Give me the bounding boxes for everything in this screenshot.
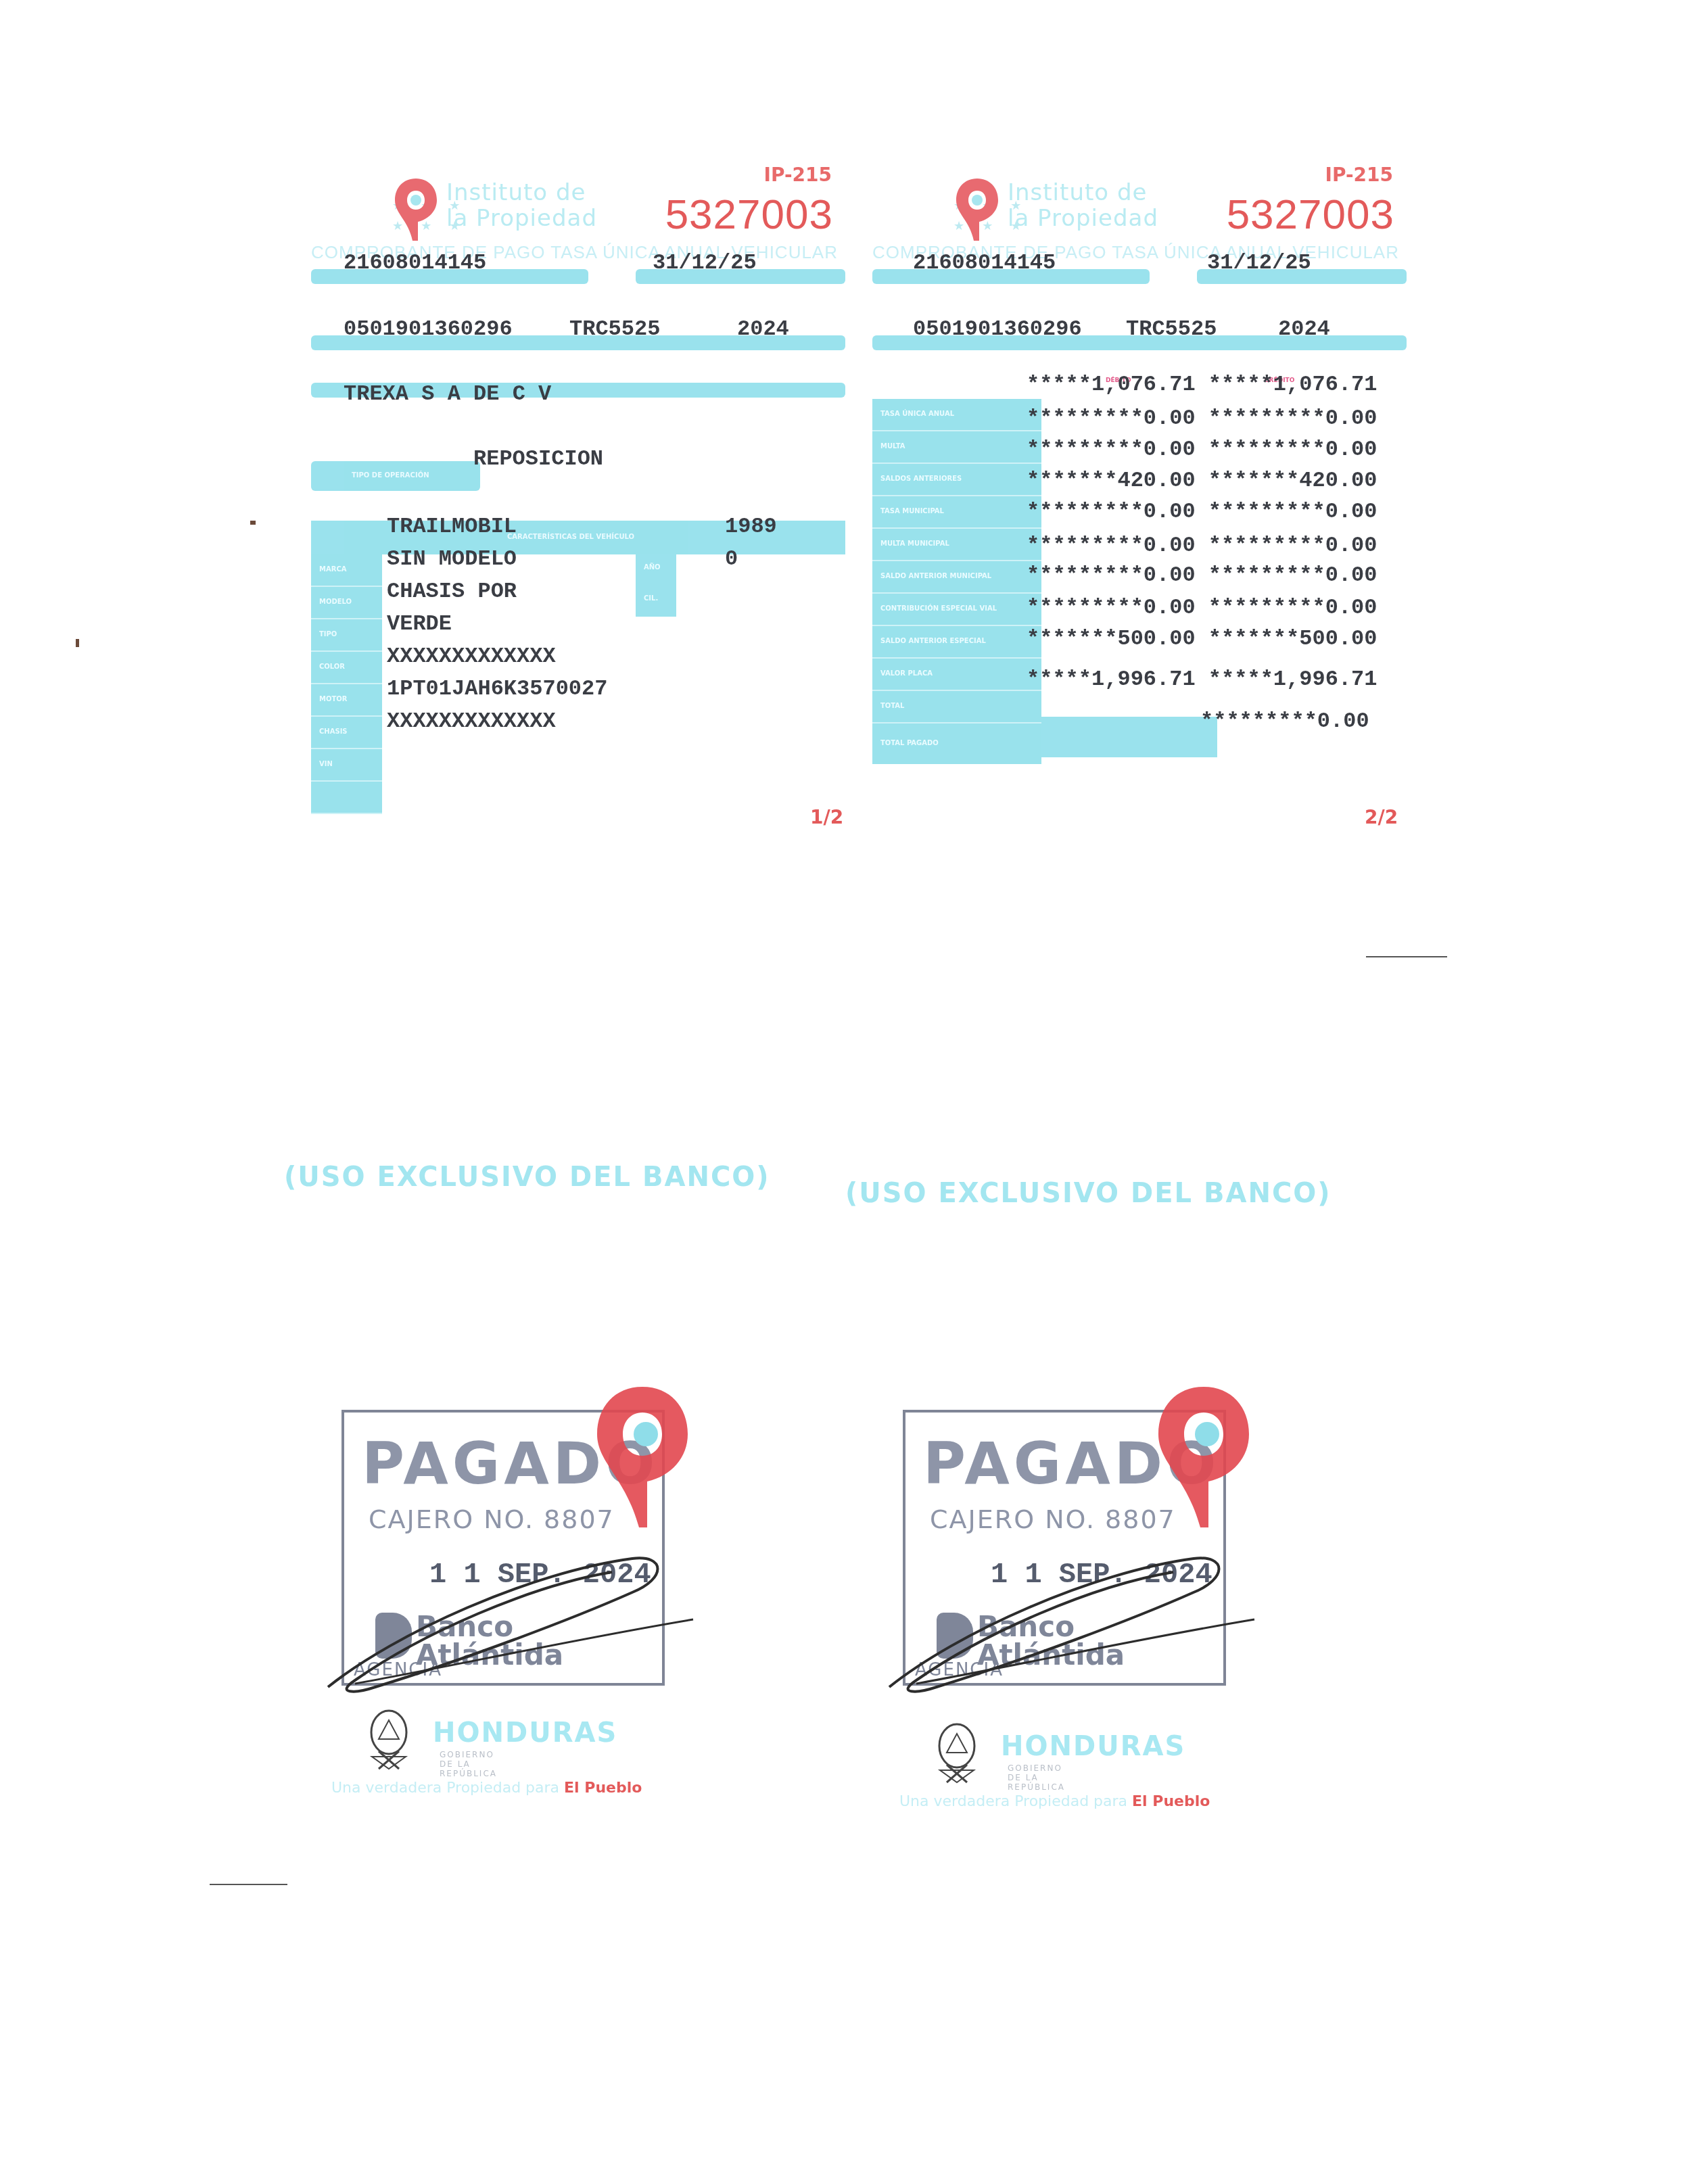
bank-use-title-2: (USO EXCLUSIVO DEL BANCO) xyxy=(845,1178,1332,1209)
government-label: GOBIERNO DE LA REPÚBLICA xyxy=(440,1750,497,1778)
vehicle-field-label: MODELO xyxy=(311,587,382,619)
scan-speck xyxy=(76,639,79,647)
slogan: Una verdadera Propiedad para El Pueblo xyxy=(899,1793,1210,1810)
issuer-name-line2: la Propiedad xyxy=(446,206,597,231)
charge-label: VALOR PLACA xyxy=(872,659,1041,691)
plate-number: TRC5525 xyxy=(1126,316,1217,341)
signature xyxy=(314,1532,720,1707)
charge-amount-row: *********0.00 *********0.00 xyxy=(1027,406,1377,431)
cc-label: CIL. xyxy=(644,595,658,602)
vehicle-field-value: 1PT01JAH6K3570027 xyxy=(387,676,607,701)
location-pin-logo-icon xyxy=(953,176,1001,243)
vehicle-field-label: VIN xyxy=(311,749,382,782)
stamp-cashier: CAJERO NO. 8807 xyxy=(369,1504,615,1534)
receipt-number: 21608014145 xyxy=(344,250,486,275)
vehicle-field-label: CHASIS xyxy=(311,717,382,749)
location-pin-logo-icon xyxy=(592,1383,693,1532)
vehicle-field-value: SIN MODELO xyxy=(387,546,517,571)
form-code: IP-215 xyxy=(763,164,832,186)
vehicle-field-value: CHASIS POR xyxy=(387,579,517,604)
plate-number: TRC5525 xyxy=(569,316,660,341)
owner-id: 0501901360296 xyxy=(344,316,513,341)
location-pin-logo-icon xyxy=(1153,1383,1254,1532)
operation-type: REPOSICION xyxy=(473,446,603,471)
coat-of-arms-icon xyxy=(358,1704,419,1772)
country-name: HONDURAS xyxy=(433,1717,617,1749)
vehicle-field-label: MARCA xyxy=(311,554,382,587)
serial-number: 5327003 xyxy=(665,191,833,239)
issuer-name: Instituto de la Propiedad xyxy=(446,180,597,231)
charge-label: SALDO ANTERIOR MUNICIPAL xyxy=(872,561,1041,594)
charge-amount-row: *********0.00 *********0.00 xyxy=(1027,533,1377,558)
slogan-prefix: Una verdadera Propiedad para xyxy=(331,1780,564,1797)
charge-label: CONTRIBUCIÓN ESPECIAL VIAL xyxy=(872,594,1041,626)
signature xyxy=(876,1532,1281,1707)
vehicle-field-label xyxy=(311,782,382,814)
total-paid-label: TOTAL PAGADO xyxy=(872,723,1041,764)
scan-speck xyxy=(250,521,256,525)
fiscal-year: 2024 xyxy=(737,316,789,341)
vehicle-field-value: XXXXXXXXXXXXX xyxy=(387,644,556,669)
total-paid-value: *********0.00 xyxy=(1200,709,1369,734)
receipt-number: 21608014145 xyxy=(913,250,1056,275)
year-label: AÑO xyxy=(644,564,661,571)
vehicle-field-value: VERDE xyxy=(387,611,452,636)
due-date: 31/12/25 xyxy=(653,250,757,275)
vehicle-field-value: TRAILMOBIL xyxy=(387,514,517,539)
charge-label: SALDOS ANTERIORES xyxy=(872,464,1041,496)
charge-label: TASA MUNICIPAL xyxy=(872,496,1041,529)
stamp-cashier: CAJERO NO. 8807 xyxy=(930,1504,1176,1534)
slogan-emphasis: El Pueblo xyxy=(1132,1793,1210,1810)
charge-label: MULTA xyxy=(872,431,1041,464)
charge-amount-row: *********0.00 *********0.00 xyxy=(1027,595,1377,620)
due-date: 31/12/25 xyxy=(1207,250,1311,275)
operation-label-bar: TIPO DE OPERACIÓN xyxy=(311,461,480,491)
slogan-emphasis: El Pueblo xyxy=(564,1780,642,1797)
charge-label: TASA ÚNICA ANUAL xyxy=(872,399,1041,431)
receipt-stub-2: ★★★★★★ Instituto de la Propiedad IP-215 … xyxy=(872,156,1407,845)
charge-amount-row: *********0.00 *********0.00 xyxy=(1027,563,1377,588)
form-code: IP-215 xyxy=(1325,164,1393,186)
receipt-stub-1: ★★★★★★ Instituto de la Propiedad IP-215 … xyxy=(311,156,845,845)
charge-labels: TASA ÚNICA ANUALMULTASALDOS ANTERIORESTA… xyxy=(872,399,1041,764)
issuer-logo: ★★★★★★ Instituto de la Propiedad xyxy=(392,169,676,250)
total-paid-bar-ext xyxy=(1041,717,1217,757)
paid-stamp: PAGADOCAJERO NO. 88071 1 SEP. 2024BancoA… xyxy=(903,1410,1227,1694)
issuer-name-line2: la Propiedad xyxy=(1008,206,1158,231)
vehicle-cc: 0 xyxy=(725,546,738,571)
vehicle-field-label: MOTOR xyxy=(311,684,382,717)
charge-amount-row: *******500.00 *******500.00 xyxy=(1027,626,1377,651)
issuer-logo: ★★★★★★ Instituto de la Propiedad xyxy=(953,169,1238,250)
vehicle-field-label: COLOR xyxy=(311,652,382,684)
issuer-name-line1: Instituto de xyxy=(1008,180,1158,206)
slogan: Una verdadera Propiedad para El Pueblo xyxy=(331,1780,642,1797)
issuer-name-line1: Instituto de xyxy=(446,180,597,206)
country-name: HONDURAS xyxy=(1001,1731,1185,1762)
owner-id: 0501901360296 xyxy=(913,316,1082,341)
government-label: GOBIERNO DE LA REPÚBLICA xyxy=(1008,1763,1065,1792)
charge-amount-row: *******420.00 *******420.00 xyxy=(1027,468,1377,493)
vehicle-field-labels: MARCAMODELOTIPOCOLORMOTORCHASISVIN xyxy=(311,554,382,814)
scan-mark xyxy=(210,1884,287,1885)
location-pin-logo-icon xyxy=(392,176,440,243)
vehicle-field-value: XXXXXXXXXXXXX xyxy=(387,709,556,734)
vehicle-field-label: TIPO xyxy=(311,619,382,652)
charge-amount-row: *****1,996.71 *****1,996.71 xyxy=(1027,667,1377,692)
issuer-name: Instituto de la Propiedad xyxy=(1008,180,1158,231)
scan-mark xyxy=(1366,956,1447,957)
fiscal-year: 2024 xyxy=(1278,316,1330,341)
page-number: 1/2 xyxy=(810,806,843,828)
charge-label: MULTA MUNICIPAL xyxy=(872,529,1041,561)
charge-label: SALDO ANTERIOR ESPECIAL xyxy=(872,626,1041,659)
page-number: 2/2 xyxy=(1365,806,1398,828)
bank-use-title-1: (USO EXCLUSIVO DEL BANCO) xyxy=(284,1162,770,1193)
paid-stamp: PAGADOCAJERO NO. 88071 1 SEP. 2024BancoA… xyxy=(341,1410,666,1694)
serial-number: 5327003 xyxy=(1227,191,1394,239)
coat-of-arms-icon xyxy=(926,1717,987,1785)
operation-label: TIPO DE OPERACIÓN xyxy=(311,472,429,479)
vehicle-year: 1989 xyxy=(725,514,777,539)
owner-name: TREXA S A DE C V xyxy=(344,381,551,406)
charge-label: TOTAL xyxy=(872,691,1041,723)
charge-amount-row: *****1,076.71 *****1,076.71 xyxy=(1027,372,1377,397)
slogan-prefix: Una verdadera Propiedad para xyxy=(899,1793,1132,1810)
charge-amount-row: *********0.00 *********0.00 xyxy=(1027,437,1377,462)
charge-amount-row: *********0.00 *********0.00 xyxy=(1027,499,1377,524)
